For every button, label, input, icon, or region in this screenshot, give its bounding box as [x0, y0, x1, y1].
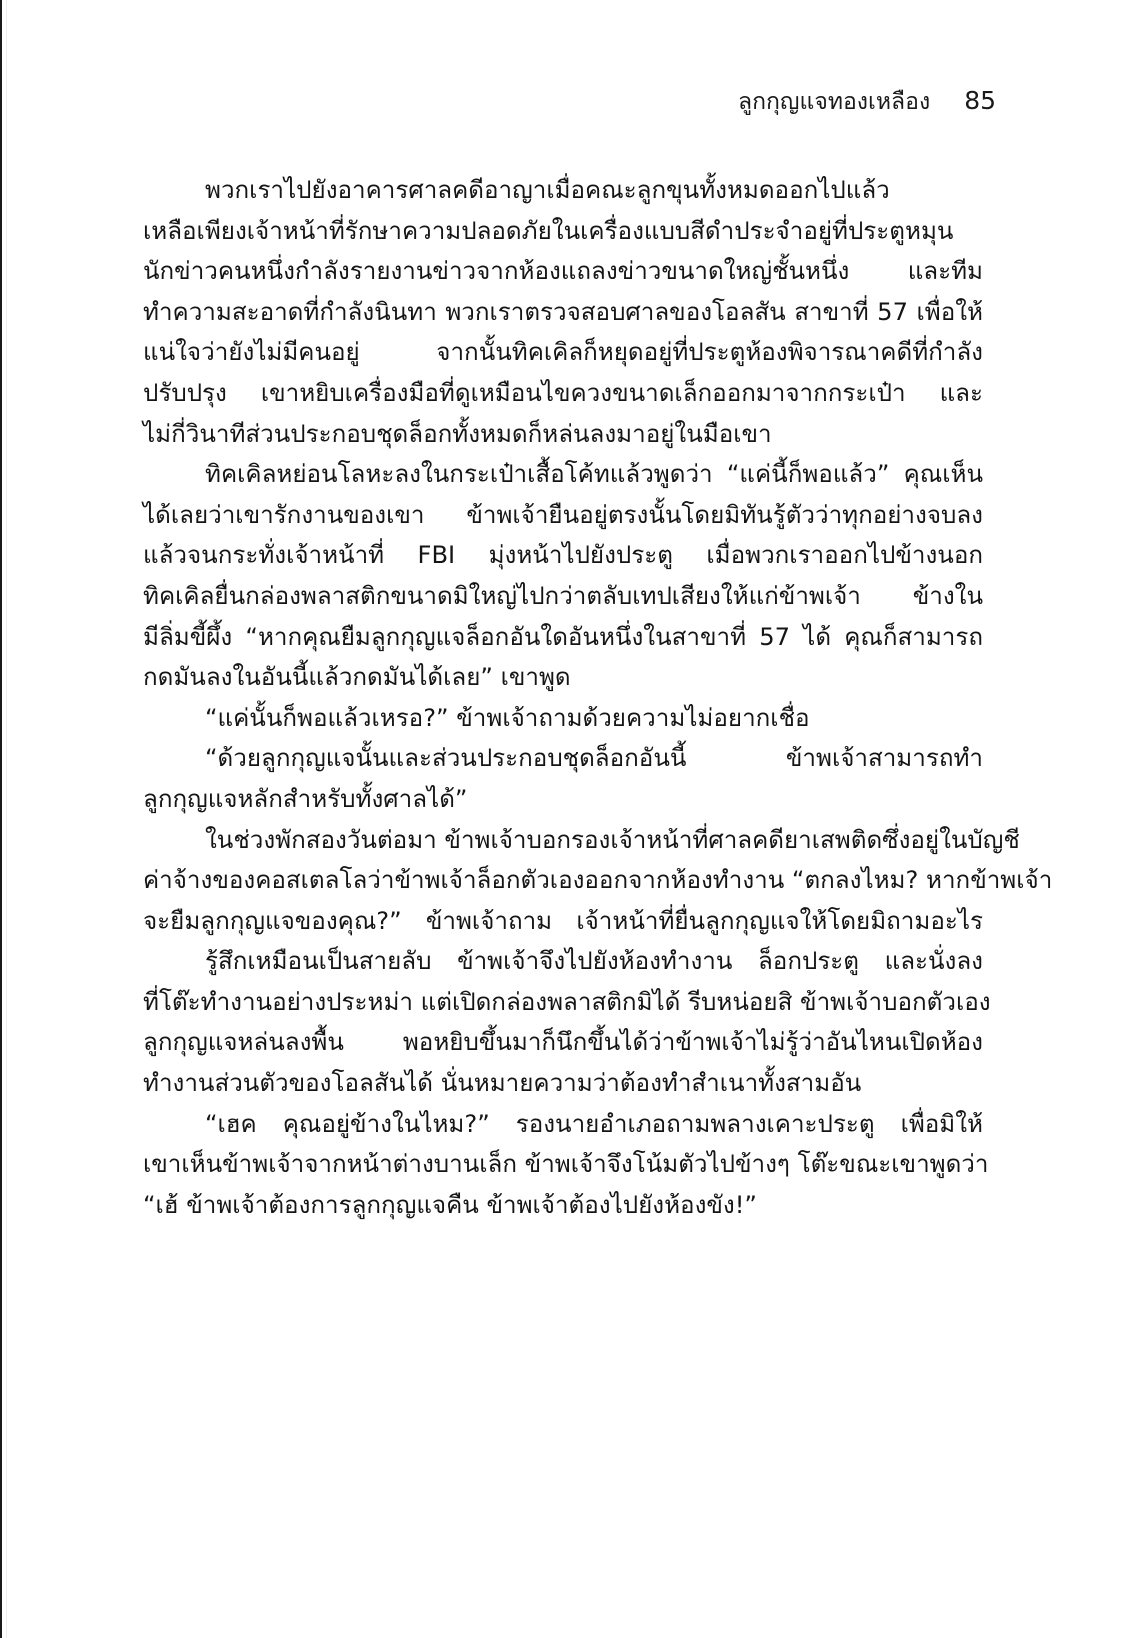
chapter-title: ลูกกุญแจทองเหลือง	[738, 84, 930, 120]
text-line: ในช่วงพักสองวันต่อมา ข้าพเจ้าบอกรองเจ้าห…	[143, 820, 983, 861]
text-line: รู้สึกเหมือนเป็นสายลับ ข้าพเจ้าจึงไปยังห…	[143, 941, 983, 982]
text-line: มีลิ่มขี้ผึ้ง “หากคุณยืมลูกกุญแจล็อกอันใ…	[143, 617, 983, 658]
text-line: “ด้วยลูกกุญแจนั้นและส่วนประกอบชุดล็อกอัน…	[143, 738, 983, 779]
text-line: นักข่าวคนหนึ่งกำลังรายงานข่าวจากห้องแถลง…	[143, 251, 983, 292]
text-line: ลูกกุญแจหลักสำหรับทั้งศาลได้”	[143, 779, 983, 820]
paragraph: รู้สึกเหมือนเป็นสายลับ ข้าพเจ้าจึงไปยังห…	[143, 941, 983, 1103]
text-line: ไม่กี่วินาทีส่วนประกอบชุดล็อกทั้งหมดก็หล…	[143, 414, 983, 455]
text-line: พวกเราไปยังอาคารศาลคดีอาญาเมื่อคณะลูกขุน…	[143, 170, 983, 211]
text-line: เขาเห็นข้าพเจ้าจากหน้าต่างบานเล็ก ข้าพเจ…	[143, 1144, 983, 1185]
text-line: เหลือเพียงเจ้าหน้าที่รักษาความปลอดภัยในเ…	[143, 211, 983, 252]
paragraph: ในช่วงพักสองวันต่อมา ข้าพเจ้าบอกรองเจ้าห…	[143, 820, 983, 942]
text-line: ทำงานส่วนตัวของโอลสันได้ นั่นหมายความว่า…	[143, 1063, 983, 1104]
text-line: ได้เลยว่าเขารักงานของเขา ข้าพเจ้ายืนอยู่…	[143, 495, 983, 536]
text-line: ทิคเคิลยื่นกล่องพลาสติกขนาดมิใหญ่ไปกว่าต…	[143, 576, 983, 617]
body-text: พวกเราไปยังอาคารศาลคดีอาญาเมื่อคณะลูกขุน…	[143, 170, 983, 1225]
running-header: ลูกกุญแจทองเหลือง 85	[738, 84, 996, 120]
text-line: ทิคเคิลหย่อนโลหะลงในกระเป๋าเสื้อโค้ทแล้ว…	[143, 454, 983, 495]
text-line: ปรับปรุง เขาหยิบเครื่องมือที่ดูเหมือนไขค…	[143, 373, 983, 414]
page-number: 85	[964, 86, 996, 115]
text-line: “เฮ้ ข้าพเจ้าต้องการลูกกุญแจคืน ข้าพเจ้า…	[143, 1185, 983, 1226]
text-line: ค่าจ้างของคอสเตลโลว่าข้าพเจ้าล็อกตัวเองอ…	[143, 860, 983, 901]
paragraph: “ด้วยลูกกุญแจนั้นและส่วนประกอบชุดล็อกอัน…	[143, 738, 983, 819]
paragraph: “เฮค คุณอยู่ข้างในไหม?” รองนายอำเภอถามพล…	[143, 1104, 983, 1226]
page-left-edge	[0, 0, 2, 1638]
text-line: ลูกกุญแจหล่นลงพื้น พอหยิบขึ้นมาก็นึกขึ้น…	[143, 1022, 983, 1063]
text-line: กดมันลงในอันนี้แล้วกดมันได้เลย” เขาพูด	[143, 657, 983, 698]
text-line: ที่โต๊ะทำงานอย่างประหม่า แต่เปิดกล่องพลา…	[143, 982, 983, 1023]
text-line: “เฮค คุณอยู่ข้างในไหม?” รองนายอำเภอถามพล…	[143, 1104, 983, 1145]
text-line: ทำความสะอาดที่กำลังนินทา พวกเราตรวจสอบศา…	[143, 292, 983, 333]
paragraph: พวกเราไปยังอาคารศาลคดีอาญาเมื่อคณะลูกขุน…	[143, 170, 983, 454]
text-line: จะยืมลูกกุญแจของคุณ?” ข้าพเจ้าถาม เจ้าหน…	[143, 901, 983, 942]
paragraph: “แค่นั้นก็พอแล้วเหรอ?” ข้าพเจ้าถามด้วยคว…	[143, 698, 983, 739]
text-line: “แค่นั้นก็พอแล้วเหรอ?” ข้าพเจ้าถามด้วยคว…	[143, 698, 983, 739]
paragraph: ทิคเคิลหย่อนโลหะลงในกระเป๋าเสื้อโค้ทแล้ว…	[143, 454, 983, 698]
page-edge-shadow	[6, 0, 7, 1638]
text-line: แน่ใจว่ายังไม่มีคนอยู่ จากนั้นทิคเคิลก็ห…	[143, 332, 983, 373]
text-line: แล้วจนกระทั่งเจ้าหน้าที่ FBI มุ่งหน้าไปย…	[143, 535, 983, 576]
